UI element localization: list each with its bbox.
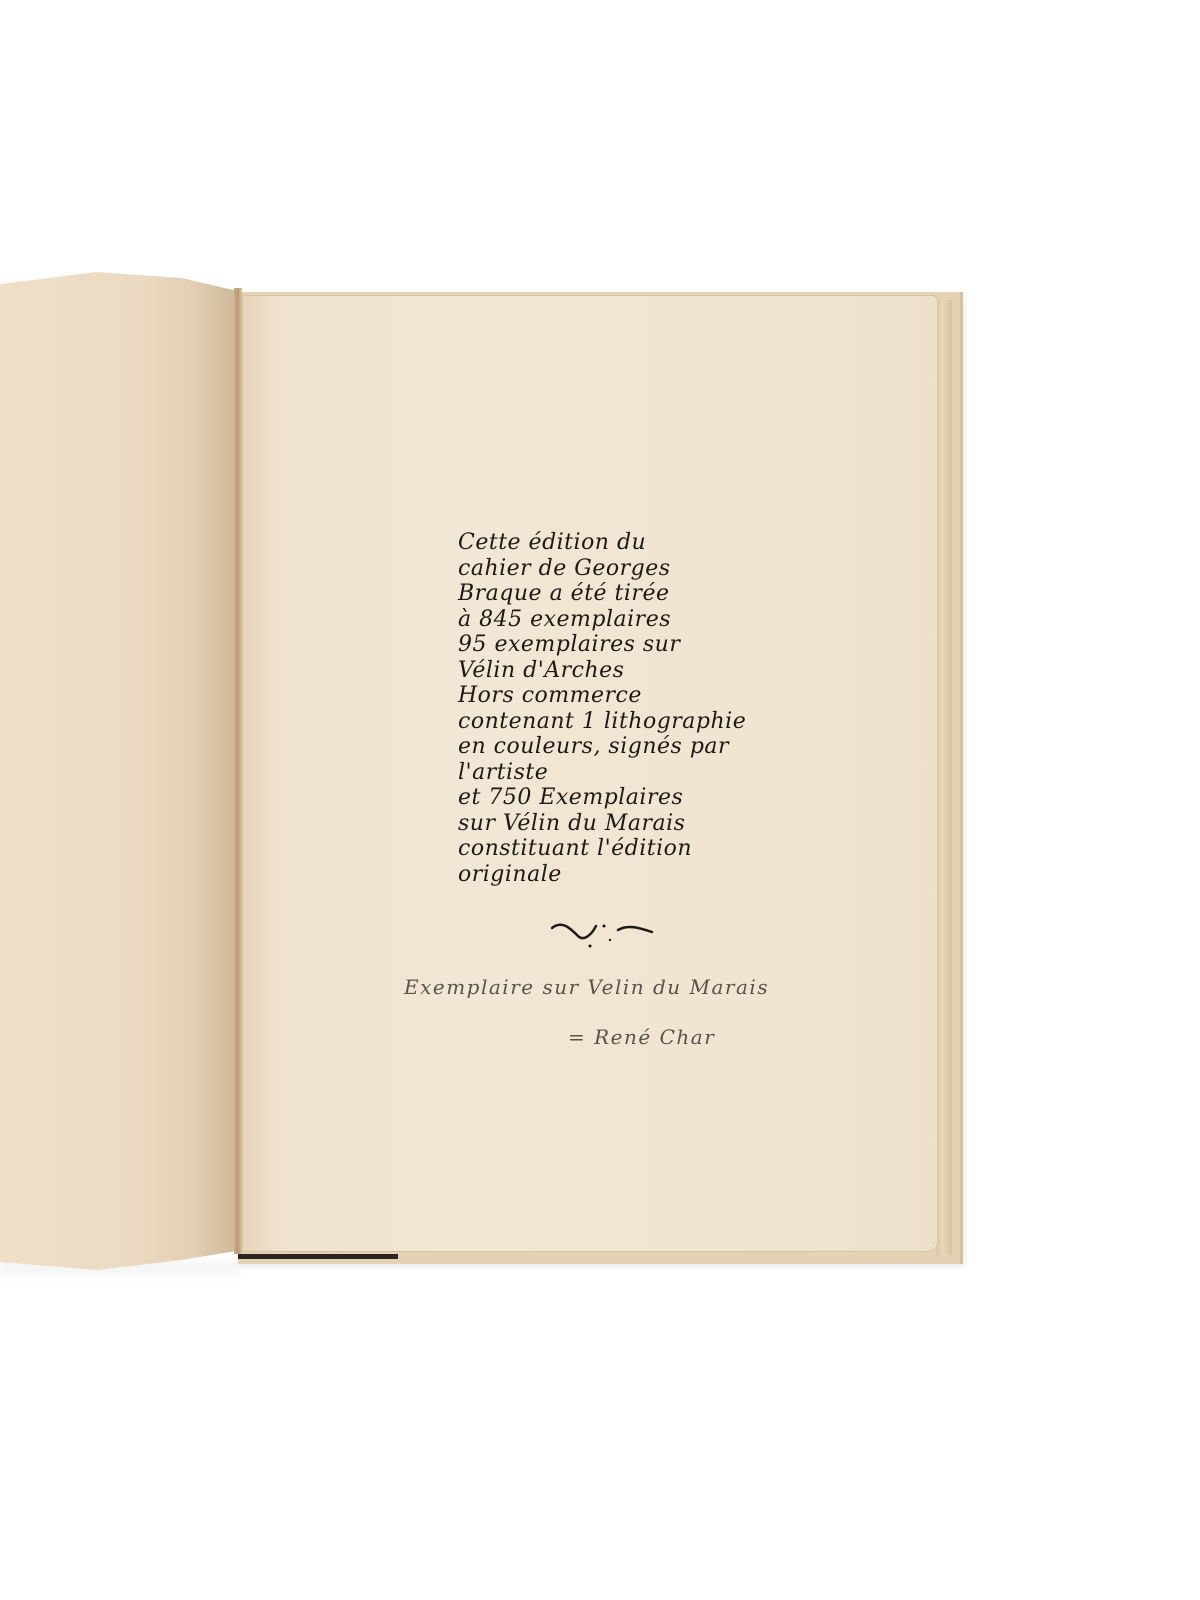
handwritten-line: contenant 1 lithographie: [458, 709, 788, 735]
handwritten-line: originale: [458, 862, 788, 888]
handwritten-line: l'artiste: [458, 760, 788, 786]
handwritten-line: 95 exemplaires sur: [458, 632, 788, 658]
handwritten-line: cahier de Georges: [458, 556, 788, 582]
left-page: [0, 272, 242, 1270]
justification-text: Cette édition du cahier de Georges Braqu…: [458, 530, 788, 887]
handwritten-line: Braque a été tirée: [458, 581, 788, 607]
handwritten-line: et 750 Exemplaires: [458, 785, 788, 811]
book-gutter: [234, 288, 242, 1254]
signature: = René Char: [568, 1025, 715, 1049]
flourish-mark: [548, 918, 658, 948]
cover-edge-strip: [238, 1254, 398, 1259]
handwritten-line: Hors commerce: [458, 683, 788, 709]
pencil-annotation: Exemplaire sur Velin du Marais: [404, 975, 769, 999]
handwritten-line: sur Vélin du Marais: [458, 811, 788, 837]
handwritten-line: Vélin d'Arches: [458, 658, 788, 684]
handwritten-line: Cette édition du: [458, 530, 788, 556]
handwritten-line: à 845 exemplaires: [458, 607, 788, 633]
handwritten-line: en couleurs, signés par: [458, 734, 788, 760]
book-photo: Cette édition du cahier de Georges Braqu…: [0, 0, 1200, 1600]
handwritten-line: constituant l'édition: [458, 836, 788, 862]
page-stack-edge: [936, 300, 952, 1255]
